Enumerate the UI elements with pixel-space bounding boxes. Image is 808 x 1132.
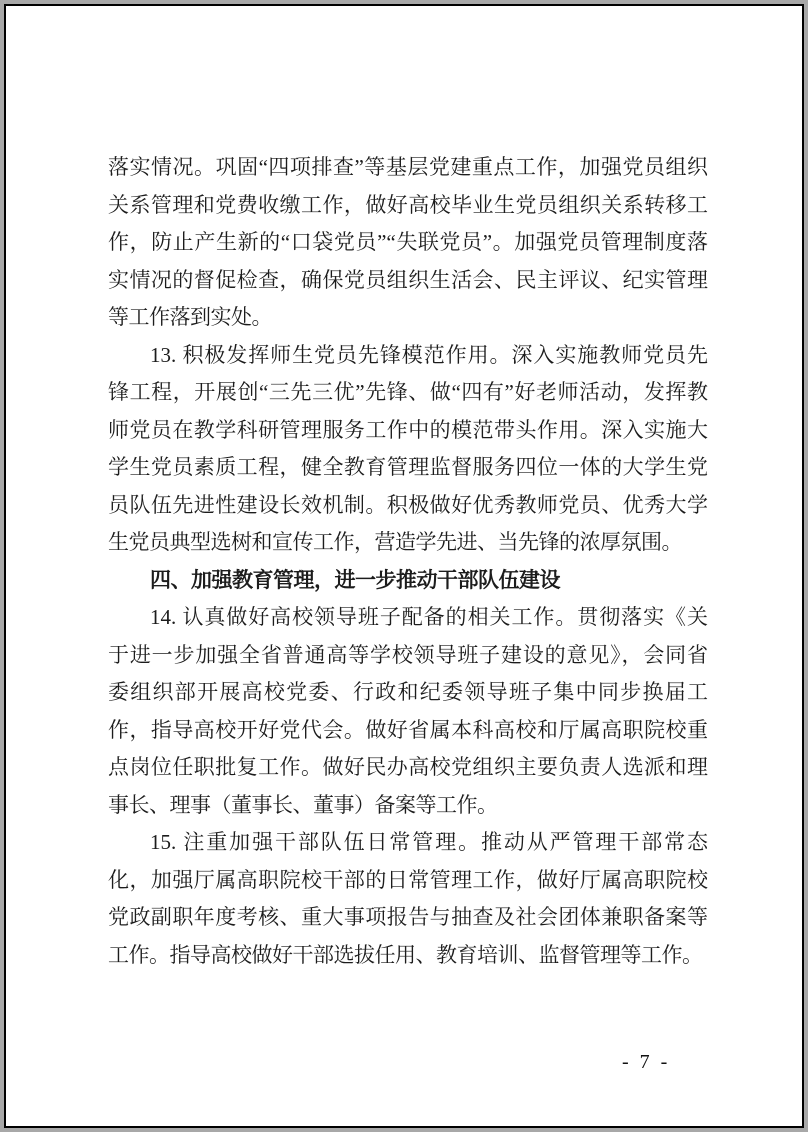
text-line: 15. 注重加强干部队伍日常管理。推动从严管理干部常态 bbox=[108, 824, 708, 862]
text-line: 落实情况。巩固“四项排查”等基层党建重点工作，加强党员组织 bbox=[108, 149, 708, 187]
text-line: 等工作落到实处。 bbox=[108, 299, 708, 337]
text-line: 作，指导高校开好党代会。做好省属本科高校和厅属高职院校重 bbox=[108, 712, 708, 750]
page-number: - 7 - bbox=[622, 1047, 670, 1077]
text-line: 生党员典型选树和宣传工作，营造学先进、当先锋的浓厚氛围。 bbox=[108, 524, 708, 562]
text-line: 员队伍先进性建设长效机制。积极做好优秀教师党员、优秀大学 bbox=[108, 487, 708, 525]
document-body: 落实情况。巩固“四项排查”等基层党建重点工作，加强党员组织关系管理和党费收缴工作… bbox=[108, 149, 708, 974]
text-line: 党政副职年度考核、重大事项报告与抽查及社会团体兼职备案等 bbox=[108, 899, 708, 937]
text-line: 实情况的督促检查，确保党员组织生活会、民主评议、纪实管理 bbox=[108, 262, 708, 300]
text-line: 委组织部开展高校党委、行政和纪委领导班子集中同步换届工 bbox=[108, 674, 708, 712]
text-line: 事长、理事（董事长、董事）备案等工作。 bbox=[108, 787, 708, 825]
text-line: 点岗位任职批复工作。做好民办高校党组织主要负责人选派和理 bbox=[108, 749, 708, 787]
text-line: 关系管理和党费收缴工作，做好高校毕业生党员组织关系转移工 bbox=[108, 187, 708, 225]
text-line: 14. 认真做好高校领导班子配备的相关工作。贯彻落实《关 bbox=[108, 599, 708, 637]
section-heading: 四、加强教育管理，进一步推动干部队伍建设 bbox=[108, 562, 708, 600]
document-viewport: { "document": { "blocks": [ { "type": "p… bbox=[0, 0, 808, 1132]
text-line: 作，防止产生新的“口袋党员”“失联党员”。加强党员管理制度落 bbox=[108, 224, 708, 262]
text-line: 13. 积极发挥师生党员先锋模范作用。深入实施教师党员先 bbox=[108, 337, 708, 375]
text-line: 化，加强厅属高职院校干部的日常管理工作，做好厅属高职院校 bbox=[108, 862, 708, 900]
text-line: 锋工程，开展创“三先三优”先锋、做“四有”好老师活动，发挥教 bbox=[108, 374, 708, 412]
text-line: 于进一步加强全省普通高等学校领导班子建设的意见》，会同省 bbox=[108, 637, 708, 675]
text-line: 师党员在教学科研管理服务工作中的模范带头作用。深入实施大 bbox=[108, 412, 708, 450]
document-page: 落实情况。巩固“四项排查”等基层党建重点工作，加强党员组织关系管理和党费收缴工作… bbox=[4, 4, 804, 1128]
text-line: 学生党员素质工程，健全教育管理监督服务四位一体的大学生党 bbox=[108, 449, 708, 487]
text-line: 工作。指导高校做好干部选拔任用、教育培训、监督管理等工作。 bbox=[108, 937, 708, 975]
